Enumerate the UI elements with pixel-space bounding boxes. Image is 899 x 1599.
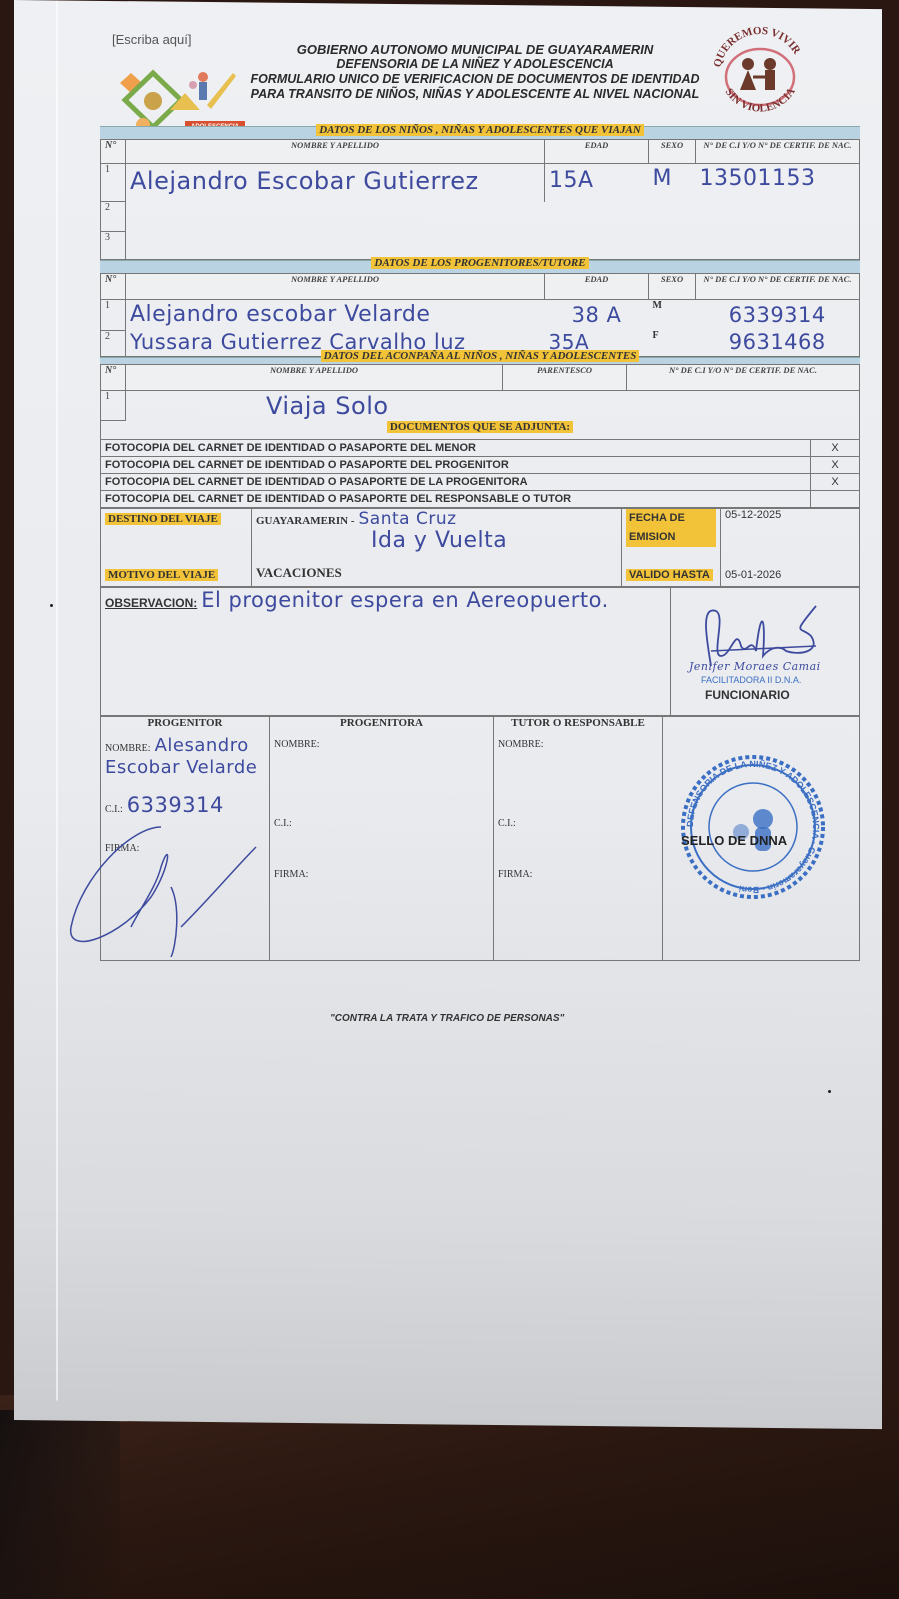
companion-table: N° NOMBRE Y APELLIDO PARENTESCO N° DE C.… — [100, 364, 860, 422]
col-sex: SEXO — [649, 140, 696, 164]
child-name-field[interactable]: Alejandro Escobar Gutierrez — [126, 164, 545, 202]
parents-section-band: DATOS DE LOS PROGENITORES/TUTORE — [100, 260, 860, 273]
form-title: FORMULARIO UNICO DE VERIFICACION DE DOCU… — [250, 72, 700, 87]
col-number: N° — [101, 140, 126, 164]
valid-until-field[interactable]: 05-01-2026 — [725, 569, 781, 581]
progenitora-signature-field[interactable]: FIRMA: — [274, 869, 489, 880]
progenitor-ci-field[interactable]: 6339314 — [127, 793, 224, 817]
father-id-field[interactable]: 6339314 — [696, 300, 860, 331]
destination-note-field[interactable]: Ida y Vuelta — [256, 529, 617, 553]
documents-section-header: DOCUMENTOS QUE SE ADJUNTA: — [100, 421, 860, 439]
child-row-3-field[interactable] — [126, 232, 860, 260]
tutor-name-field[interactable]: NOMBRE: — [498, 739, 658, 750]
observation-label: OBSERVACION: — [105, 596, 197, 610]
document-checkbox[interactable]: X — [811, 440, 860, 457]
official-name: Jenifer Moraes Camai — [689, 660, 821, 673]
trip-table: DESTINO DEL VIAJE GUAYARAMERIN - Santa C… — [100, 508, 860, 587]
document-row: FOTOCOPIA DEL CARNET DE IDENTIDAD O PASA… — [101, 457, 860, 474]
municipality-title: GOBIERNO AUTONOMO MUNICIPAL DE GUAYARAME… — [250, 42, 700, 57]
paper-fold — [56, 0, 58, 1400]
document-row: FOTOCOPIA DEL CARNET DE IDENTIDAD O PASA… — [101, 491, 860, 508]
table-row: 3 — [101, 232, 860, 260]
svg-text:DEFENSORIA DE LA NIÑEZ Y ADOLE: DEFENSORIA DE LA NIÑEZ Y ADOLESCENCIA · … — [685, 759, 821, 895]
companion-name-field[interactable]: Viaja Solo — [126, 390, 860, 421]
tutor-ci-field[interactable]: C.I.: — [498, 818, 658, 829]
dnna-stamp-icon: DEFENSORIA DE LA NIÑEZ Y ADOLESCENCIA · … — [671, 747, 836, 902]
destination-label: DESTINO DEL VIAJE — [105, 513, 221, 525]
reason-label: MOTIVO DEL VIAJE — [105, 569, 218, 581]
official-signature-block: Jenifer Moraes Camai FACILITADORA II D.N… — [671, 588, 860, 716]
child-age-field[interactable]: 15A — [545, 164, 649, 202]
issue-date-field[interactable]: 05-12-2025 — [725, 509, 781, 521]
tutor-signature-field[interactable]: FIRMA: — [498, 869, 658, 880]
form-subtitle: PARA TRANSITO DE NIÑOS, NIÑAS Y ADOLESCE… — [250, 87, 700, 102]
progenitora-block: PROGENITORA NOMBRE: C.I.: FIRMA: — [270, 717, 494, 961]
verification-form: DATOS DE LOS NIÑOS , NIÑAS Y ADOLESCENTE… — [100, 126, 860, 961]
companion-section-title: DATOS DEL ACONPAÑA AL NIÑOS , NIÑAS Y AD… — [321, 350, 640, 362]
table-row: 1 Viaja Solo — [101, 390, 860, 421]
table-row: 1 Alejandro Escobar Gutierrez 15A M 1350… — [101, 164, 860, 202]
table-row: 2 — [101, 202, 860, 232]
form-header: GOBIERNO AUTONOMO MUNICIPAL DE GUAYARAME… — [250, 42, 700, 102]
queremos-vivir-logo-icon: QUEREMOS VIVIR SIN VIOLENCIA — [706, 22, 814, 126]
valid-until-label: VALIDO HASTA — [626, 569, 713, 581]
progenitor-signature-icon — [61, 817, 281, 957]
progenitora-ci-field[interactable]: C.I.: — [274, 818, 489, 829]
document-row: FOTOCOPIA DEL CARNET DE IDENTIDAD O PASA… — [101, 474, 860, 491]
col-age: EDAD — [545, 140, 649, 164]
children-table: N° NOMBRE Y APELLIDO EDAD SEXO N° DE C.I… — [100, 139, 860, 260]
child-row-2-field[interactable] — [126, 202, 860, 232]
progenitora-name-field[interactable]: NOMBRE: — [274, 739, 489, 750]
stamp-label: SELLO DE DNNA — [681, 833, 787, 848]
documents-table: FOTOCOPIA DEL CARNET DE IDENTIDAD O PASA… — [100, 439, 860, 508]
tutor-block: TUTOR O RESPONSABLE NOMBRE: C.I.: FIRMA: — [494, 717, 663, 961]
document-checkbox[interactable] — [811, 491, 860, 508]
progenitor-block: PROGENITOR NOMBRE: Alesandro Escobar Vel… — [101, 717, 270, 961]
father-sex-field[interactable]: M — [649, 300, 696, 331]
document-checkbox[interactable]: X — [811, 457, 860, 474]
speck — [828, 1090, 831, 1093]
speck — [50, 604, 53, 607]
father-age-field[interactable]: 38 A — [545, 300, 649, 331]
reason-field[interactable]: VACACIONES — [256, 565, 342, 580]
documents-section-title: DOCUMENTOS QUE SE ADJUNTA: — [387, 421, 573, 433]
document-checkbox[interactable]: X — [811, 474, 860, 491]
destination-origin: GUAYARAMERIN - — [256, 515, 355, 527]
parents-section-title: DATOS DE LOS PROGENITORES/TUTORE — [371, 257, 588, 269]
destination-field[interactable]: Santa Cruz — [359, 509, 457, 529]
office-title: DEFENSORIA DE LA NIÑEZ Y ADOLESCENCIA — [250, 57, 700, 72]
progenitor-name-field[interactable]: Alesandro Escobar Velarde — [105, 735, 257, 778]
child-sex-field[interactable]: M — [649, 164, 696, 202]
desk-shadow — [0, 1410, 120, 1599]
signatures-table: PROGENITOR NOMBRE: Alesandro Escobar Vel… — [100, 716, 860, 961]
defensoria-logo-icon: ADOLESCENCIA — [115, 65, 245, 130]
document-row: FOTOCOPIA DEL CARNET DE IDENTIDAD O PASA… — [101, 440, 860, 457]
table-row: 1 Alejandro escobar Velarde 38 A M 63393… — [101, 300, 860, 331]
father-name-field[interactable]: Alejandro escobar Velarde — [126, 300, 545, 331]
companion-section-band: DATOS DEL ACONPAÑA AL NIÑOS , NIÑAS Y AD… — [100, 357, 860, 364]
col-name: NOMBRE Y APELLIDO — [126, 140, 545, 164]
col-id: N° DE C.I Y/O N° DE CERTIF. DE NAC. — [696, 140, 860, 164]
issue-date-label: FECHA DE EMISION — [626, 509, 716, 547]
observation-field[interactable]: El progenitor espera en Aereopuerto. — [201, 588, 609, 612]
children-section-band: DATOS DE LOS NIÑOS , NIÑAS Y ADOLESCENTE… — [100, 126, 860, 139]
parents-table: N° NOMBRE Y APELLIDO EDAD SEXO N° DE C.I… — [100, 273, 860, 357]
observation-table: OBSERVACION: El progenitor espera en Aer… — [100, 587, 860, 716]
children-section-title: DATOS DE LOS NIÑOS , NIÑAS Y ADOLESCENTE… — [316, 124, 644, 136]
placeholder-text: [Escriba aquí] — [112, 32, 192, 47]
official-title: FACILITADORA II D.N.A. — [701, 675, 801, 685]
svg-text:SIN VIOLENCIA: SIN VIOLENCIA — [723, 86, 798, 115]
official-label: FUNCIONARIO — [705, 688, 790, 702]
child-id-field[interactable]: 13501153 — [696, 164, 860, 202]
stamp-block: DEFENSORIA DE LA NIÑEZ Y ADOLESCENCIA · … — [663, 717, 860, 961]
footer-slogan: "CONTRA LA TRATA Y TRAFICO DE PERSONAS" — [330, 1013, 564, 1024]
